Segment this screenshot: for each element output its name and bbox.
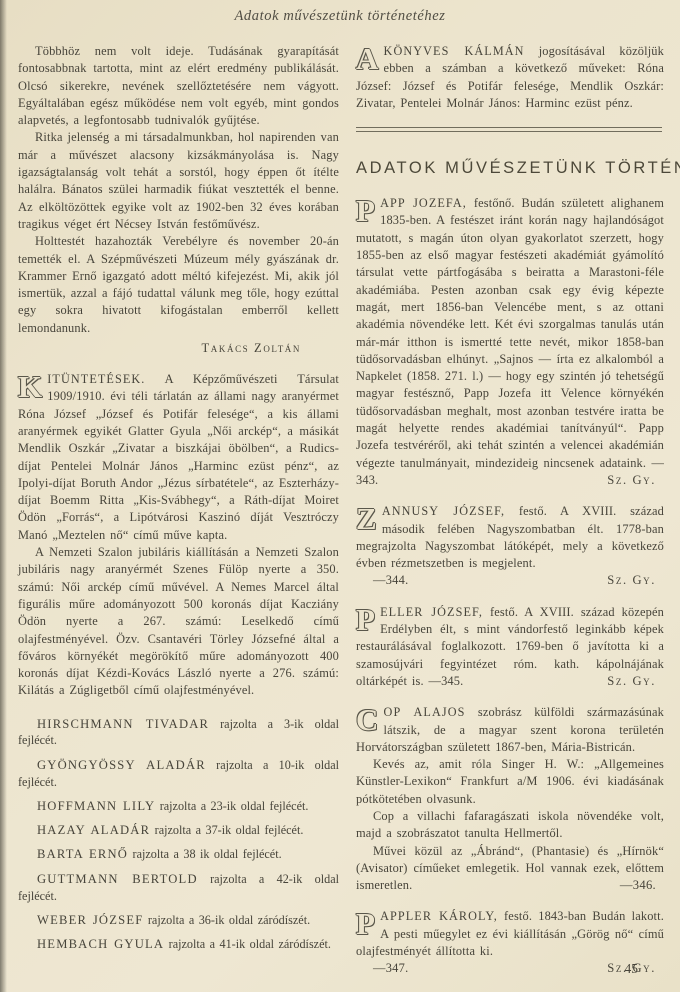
credit-item: GUTTMANN BERTOLD rajzolta a 42-ik oldal … <box>18 871 339 905</box>
entry-body: festőnő. Budán született alighanem 1835-… <box>356 196 664 487</box>
entry-peller-jozsef: PELLER JÓZSEF, festő. A XVIII. század kö… <box>356 604 664 690</box>
credit-name: HOFFMANN LILY <box>37 799 155 813</box>
credit-item: WEBER JÓZSEF rajzolta a 36-ik oldal záró… <box>18 912 339 929</box>
credit-item: BARTA ERNŐ rajzolta a 38 ik oldal fejléc… <box>18 846 339 863</box>
dropcap-p: P <box>356 195 380 224</box>
document-page: Adatok művészetünk történetéhez Többhöz … <box>0 0 680 992</box>
entry-zannusy-jozsef: ZANNUSY JÓZSEF, festő. A XVIII. század m… <box>356 503 664 589</box>
entry-reference-number: —347. <box>373 960 409 977</box>
awards-body: A Képzőművészeti Társulat 1909/1910. évi… <box>18 372 339 542</box>
credit-name: BARTA ERNŐ <box>37 847 128 861</box>
publisher-notice-lead: KÖNYVES KÁLMÁN <box>384 44 525 58</box>
credit-item: HAZAY ALADÁR rajzolta a 37-ik oldal fejl… <box>18 822 339 839</box>
left-column: Többhöz nem volt ideje. Tudásának gyarap… <box>18 43 339 978</box>
section-heading: ADATOK MŰVÉSZETÜNK TÖRTÉNETÉHEZ <box>356 159 664 178</box>
entry-paragraph: Kevés az, amit róla Singer H. W.: „Allge… <box>356 756 664 808</box>
text-columns: Többhöz nem volt ideje. Tudásának gyarap… <box>0 25 680 978</box>
entry-signature: Sz. Gy. <box>607 472 656 489</box>
awards-paragraph-1: KITÜNTETÉSEK. A Képzőművészeti Társulat … <box>18 371 339 544</box>
entry-cop-alajos: COP ALAJOS szobrász külföldi származásún… <box>356 704 664 894</box>
awards-section: KITÜNTETÉSEK. A Képzőművészeti Társulat … <box>18 371 339 700</box>
entry-lead: ANNUSY JÓZSEF, <box>382 504 505 518</box>
credits-list: HIRSCHMANN TIVADAR rajzolta a 3-ik oldal… <box>18 716 339 953</box>
credit-name: GUTTMANN BERTOLD <box>37 872 198 886</box>
entry-paragraph: PAPP JOZEFA, festőnő. Budán született al… <box>356 195 664 489</box>
entry-paragraph: Művei közül az „Ábránd“, (Phantasie) és … <box>356 843 664 895</box>
obituary-paragraph-2: Ritka jelenség a mi társadalmunkban, hol… <box>18 129 339 233</box>
entry-lead: OP ALAJOS <box>384 705 466 719</box>
credit-text: rajzolta a 38 ik oldal fejlécét. <box>133 847 282 861</box>
publisher-notice-paragraph: AKÖNYVES KÁLMÁN jogosításával közöljük e… <box>356 43 664 112</box>
awards-paragraph-2: A Nemzeti Szalon jubiláris kiállításán a… <box>18 544 339 700</box>
credit-text: rajzolta a 36-ik oldal záródíszét. <box>148 913 310 927</box>
credit-name: HAZAY ALADÁR <box>37 823 150 837</box>
dropcap-a: A <box>356 43 384 72</box>
entry-reference-number: —344. <box>373 572 409 589</box>
obituary-paragraph-1: Többhöz nem volt ideje. Tudásának gyarap… <box>18 43 339 129</box>
entry-signature: Sz. Gy. <box>607 673 656 690</box>
credit-name: HIRSCHMANN TIVADAR <box>37 717 209 731</box>
entry-reference-number: —346. <box>620 877 656 894</box>
entry-signature: Sz. Gy. <box>607 572 656 589</box>
credit-item: HOFFMANN LILY rajzolta a 23-ik oldal fej… <box>18 798 339 815</box>
running-header: Adatok művészetünk történetéhez <box>0 0 680 25</box>
obituary-signature-row: Takács Zoltán <box>18 339 339 357</box>
credit-item: GYÖNGYÖSSY ALADÁR rajzolta a 10-ik oldal… <box>18 757 339 791</box>
entry-lead: APPLER KÁROLY, <box>380 909 498 923</box>
obituary-signature: Takács Zoltán <box>201 341 301 355</box>
dropcap-p: P <box>356 908 380 937</box>
right-column: AKÖNYVES KÁLMÁN jogosításával közöljük e… <box>356 43 664 978</box>
entry-paragraph: PAPPLER KÁROLY, festő. 1843-ban Budán la… <box>356 908 664 960</box>
obituary-paragraph-3: Holttestét hazahozták Verebélyre és nove… <box>18 233 339 337</box>
page-number: 45 <box>625 961 639 977</box>
entry-pappler-karoly: PAPPLER KÁROLY, festő. 1843-ban Budán la… <box>356 908 664 977</box>
awards-lead: ITÜNTETÉSEK. <box>47 372 145 386</box>
entry-footer: —344. Sz. Gy. <box>356 572 664 589</box>
publisher-notice: AKÖNYVES KÁLMÁN jogosításával közöljük e… <box>356 43 664 112</box>
entry-footer: —347. Sz. Gy. <box>356 960 664 977</box>
dropcap-k: K <box>18 371 47 400</box>
credit-text: rajzolta a 41-ik oldal záródíszét. <box>169 937 331 951</box>
entry-lead: ELLER JÓZSEF, <box>380 605 483 619</box>
dropcap-p: P <box>356 604 380 633</box>
entry-papp-jozefa: PAPP JOZEFA, festőnő. Budán született al… <box>356 195 664 489</box>
credit-text: rajzolta a 37-ik oldal fejlécét. <box>155 823 304 837</box>
credit-item: HEMBACH GYULA rajzolta a 41-ik oldal zár… <box>18 936 339 953</box>
credit-name: GYÖNGYÖSSY ALADÁR <box>37 758 206 772</box>
entry-paragraph: ZANNUSY JÓZSEF, festő. A XVIII. század m… <box>356 503 664 572</box>
section-divider-rule <box>356 127 662 132</box>
dropcap-z: Z <box>356 503 382 532</box>
credit-text: rajzolta a 23-ik oldal fejlécét. <box>160 799 309 813</box>
entry-lead: APP JOZEFA, <box>380 196 467 210</box>
credit-name: HEMBACH GYULA <box>37 937 164 951</box>
dropcap-c: C <box>356 704 384 733</box>
entry-paragraph: COP ALAJOS szobrász külföldi származásún… <box>356 704 664 756</box>
credit-item: HIRSCHMANN TIVADAR rajzolta a 3-ik oldal… <box>18 716 339 750</box>
credit-name: WEBER JÓZSEF <box>37 913 143 927</box>
entry-paragraph: Cop a villachi fafaragászati iskola növe… <box>356 808 664 843</box>
